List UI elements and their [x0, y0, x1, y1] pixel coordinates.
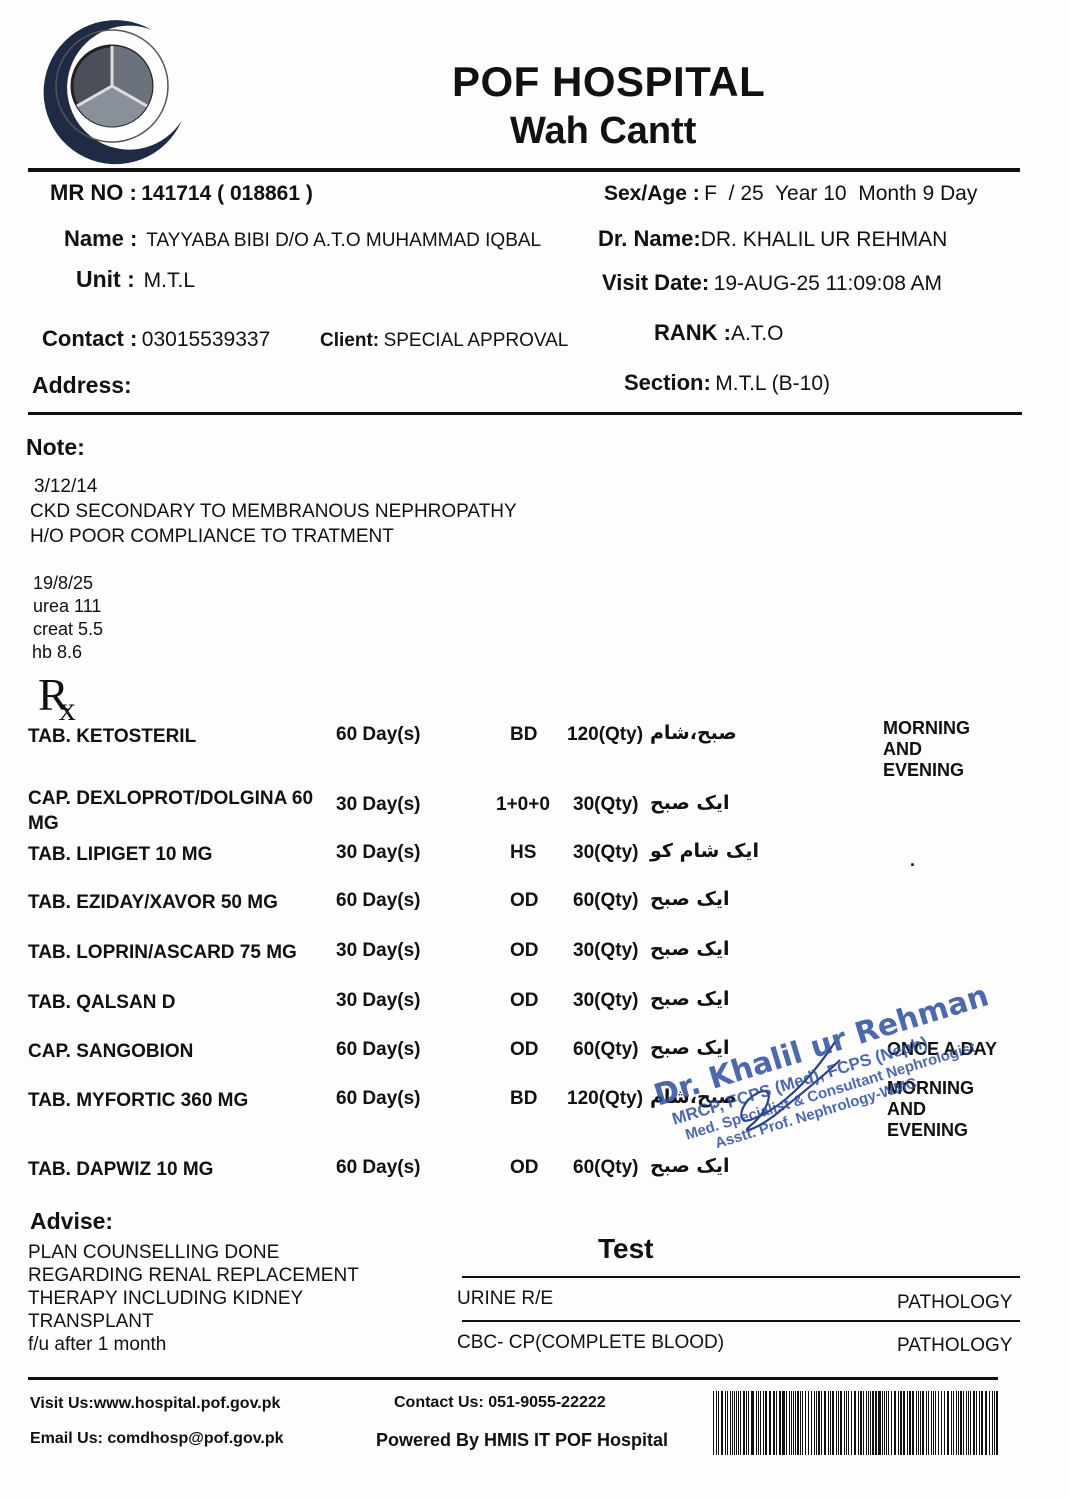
client-label: Client: [320, 330, 379, 351]
medicine-duration: 30 Day(s) [336, 940, 421, 962]
advise-line: THERAPY INCLUDING KIDNEY [28, 1287, 359, 1310]
visit-date-value: 19-AUG-25 11:09:08 AM [714, 272, 942, 295]
note-line: CKD SECONDARY TO MEMBRANOUS NEPHROPATHY [30, 499, 517, 524]
rx-icon: Rx [38, 668, 76, 721]
name-field: Name : TAYYABA BIBI D/O A.T.O MUHAMMAD I… [64, 226, 541, 252]
medicine-urdu-instruction: ایک صبح [650, 888, 730, 910]
medicine-duration: 60 Day(s) [336, 1088, 421, 1110]
address-field: Address: [32, 372, 132, 399]
medicine-frequency: BD [510, 724, 537, 746]
medicine-urdu-instruction: ایک شام کو [650, 840, 759, 862]
medicine-name: TAB. DAPWIZ 10 MG [28, 1157, 213, 1182]
footer-divider [28, 1377, 998, 1380]
test-name: CBC- CP(COMPLETE BLOOD) [457, 1332, 724, 1354]
medicine-quantity: 30(Qty) [573, 940, 638, 962]
contact-us: Contact Us: 051-9055-22222 [394, 1394, 606, 1412]
note-block-2: 19/8/25 urea 111 creat 5.5 hb 8.6 [33, 572, 103, 664]
note-line: 19/8/25 [33, 572, 103, 595]
contact-field: Contact : 03015539337 [42, 326, 270, 352]
test-department: PATHOLOGY [897, 1335, 1012, 1357]
note-line: 3/12/14 [30, 474, 517, 499]
test-divider [462, 1320, 1020, 1322]
email-link[interactable]: Email Us: comdhosp@pof.gov.pk [30, 1430, 284, 1448]
medicine-frequency: OD [510, 940, 539, 962]
mr-no-value: 141714 ( 018861 ) [141, 182, 313, 205]
doctor-value: DR. KHALIL UR REHMAN [701, 228, 948, 251]
rank-field: RANK :A.T.O [654, 320, 784, 346]
note-block-1: 3/12/14 CKD SECONDARY TO MEMBRANOUS NEPH… [30, 474, 517, 549]
rank-value: A.T.O [731, 322, 784, 345]
medicine-name: TAB. LIPIGET 10 MG [28, 842, 212, 867]
info-divider [28, 412, 1022, 415]
address-label: Address: [32, 372, 132, 398]
sex-age-field: Sex/Age : F / 25 Year 10 Month 9 Day [604, 182, 977, 206]
advise-line: TRANSPLANT [28, 1310, 359, 1333]
medicine-quantity: 60(Qty) [573, 890, 638, 912]
medicine-frequency: OD [510, 890, 539, 912]
medicine-frequency: BD [510, 1088, 537, 1110]
medicine-quantity: 30(Qty) [573, 990, 638, 1012]
client-value: SPECIAL APPROVAL [384, 330, 569, 351]
contact-label: Contact : [42, 326, 137, 351]
doctor-field: Dr. Name:DR. KHALIL UR REHMAN [598, 226, 947, 252]
note-line: urea 111 [33, 595, 103, 618]
medicine-name: TAB. EZIDAY/XAVOR 50 MG [28, 890, 278, 915]
medicine-remark: . [910, 850, 915, 871]
section-label: Section: [624, 370, 711, 395]
section-value: M.T.L (B-10) [715, 372, 830, 395]
test-department: PATHOLOGY [897, 1292, 1012, 1314]
medicine-duration: 60 Day(s) [336, 724, 421, 746]
header-divider [28, 168, 1020, 172]
test-name: URINE R/E [457, 1288, 553, 1310]
sex-age-label: Sex/Age : [604, 182, 700, 205]
note-line: H/O POOR COMPLIANCE TO TRATMENT [30, 524, 517, 549]
medicine-duration: 60 Day(s) [336, 1157, 421, 1179]
medicine-quantity: 30(Qty) [573, 842, 638, 864]
doctor-label: Dr. Name: [598, 226, 701, 251]
mr-no-label: MR NO : [50, 180, 137, 205]
medicine-frequency: OD [510, 1039, 539, 1061]
medicine-duration: 30 Day(s) [336, 842, 421, 864]
note-heading: Note: [26, 434, 85, 461]
medicine-quantity: 60(Qty) [573, 1157, 638, 1179]
medicine-name: CAP. DEXLOPROT/DOLGINA 60 MG [28, 786, 313, 836]
medicine-name: TAB. LOPRIN/ASCARD 75 MG [28, 940, 297, 965]
medicine-remark: MORNING AND EVENING [883, 718, 970, 781]
hospital-name: POF HOSPITAL [452, 58, 765, 106]
hospital-logo-icon [32, 10, 190, 168]
barcode-icon [713, 1391, 999, 1455]
medicine-duration: 60 Day(s) [336, 890, 421, 912]
note-line: creat 5.5 [33, 618, 103, 641]
medicine-duration: 30 Day(s) [336, 990, 421, 1012]
medicine-name: TAB. MYFORTIC 360 MG [28, 1088, 248, 1113]
unit-label: Unit : [76, 266, 135, 292]
medicine-quantity: 60(Qty) [573, 1039, 638, 1061]
advise-heading: Advise: [30, 1208, 113, 1235]
medicine-name: TAB. KETOSTERIL [28, 724, 196, 749]
medicine-frequency: OD [510, 1157, 539, 1179]
medicine-frequency: HS [510, 842, 536, 864]
medicine-urdu-instruction: ایک صبح [650, 792, 730, 814]
powered-by: Powered By HMIS IT POF Hospital [376, 1430, 668, 1451]
contact-value: 03015539337 [142, 328, 270, 351]
medicine-frequency: 1+0+0 [496, 794, 550, 816]
medicine-duration: 60 Day(s) [336, 1039, 421, 1061]
note-line: hb 8.6 [32, 641, 103, 664]
client-field: Client: SPECIAL APPROVAL [320, 330, 568, 352]
medicine-name: TAB. QALSAN D [28, 990, 175, 1015]
medicine-quantity: 30(Qty) [573, 794, 638, 816]
medicine-quantity: 120(Qty) [567, 724, 643, 746]
sex-age-value: F / 25 Year 10 Month 9 Day [704, 182, 977, 205]
mr-no-field: MR NO : 141714 ( 018861 ) [50, 180, 313, 206]
name-label: Name : [64, 226, 137, 251]
rank-label: RANK : [654, 320, 731, 345]
website-link[interactable]: Visit Us:www.hospital.pof.gov.pk [30, 1395, 280, 1413]
test-heading: Test [598, 1233, 654, 1265]
advise-line: f/u after 1 month [28, 1333, 359, 1356]
advise-line: REGARDING RENAL REPLACEMENT [28, 1264, 359, 1287]
advise-block: PLAN COUNSELLING DONE REGARDING RENAL RE… [28, 1241, 359, 1356]
unit-value: M.T.L [144, 269, 195, 292]
medicine-urdu-instruction: ایک صبح [650, 938, 730, 960]
unit-field: Unit : M.T.L [76, 266, 195, 293]
medicine-frequency: OD [510, 990, 539, 1012]
medicine-urdu-instruction: ایک صبح [650, 988, 730, 1010]
medicine-urdu-instruction: صبح،شام [650, 722, 737, 744]
medicine-name: CAP. SANGOBION [28, 1039, 193, 1064]
name-value: TAYYABA BIBI D/O A.T.O MUHAMMAD IQBAL [146, 230, 541, 251]
visit-date-label: Visit Date: [602, 270, 709, 295]
test-divider [462, 1276, 1020, 1278]
hospital-location: Wah Cantt [510, 110, 696, 153]
section-field: Section: M.T.L (B-10) [624, 370, 830, 396]
medicine-duration: 30 Day(s) [336, 794, 421, 816]
advise-line: PLAN COUNSELLING DONE [28, 1241, 359, 1264]
medicine-quantity: 120(Qty) [567, 1088, 643, 1110]
visit-date-field: Visit Date: 19-AUG-25 11:09:08 AM [602, 270, 942, 296]
